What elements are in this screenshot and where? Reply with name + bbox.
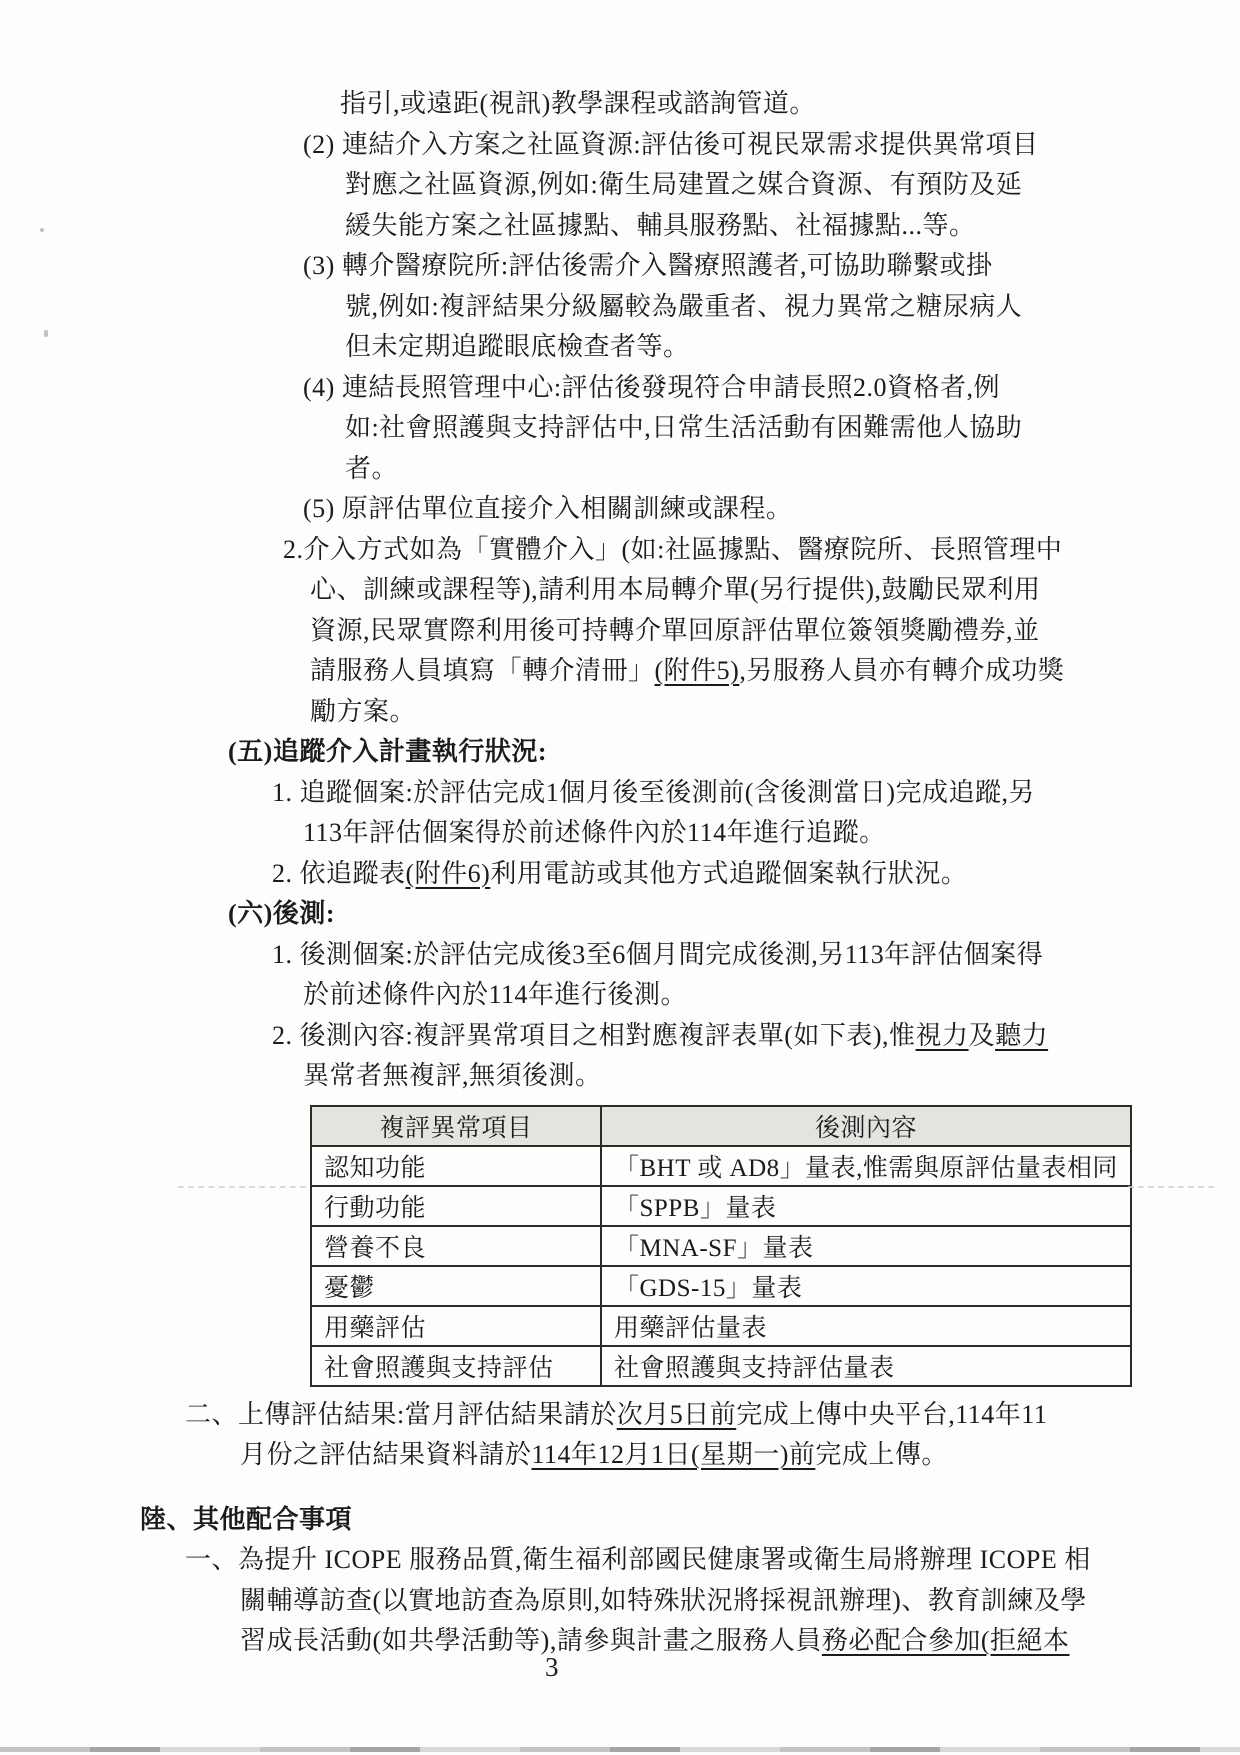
table-row: 憂鬱 「GDS-15」量表 [311, 1266, 1131, 1306]
text-segment: 資源,民眾實際利用後可持轉介單回原評估單位簽領獎勵禮券,並 [310, 616, 1040, 645]
text-segment: 勵方案。 [310, 697, 416, 726]
text-segment: 如:社會照護與支持評估中,日常生活活動有困難需他人協助 [345, 413, 1022, 442]
scan-artifact [178, 1186, 306, 1188]
text-line: 1. 後測個案:於評估完成後3至6個月間完成後測,另113年評估個案得 [272, 935, 1240, 976]
text-line: (3) 轉介醫療院所:評估後需介入醫療照護者,可協助聯繫或掛 [303, 246, 1240, 287]
table-header-row: 複評異常項目 後測內容 [311, 1106, 1131, 1146]
text-line: 勵方案。 [310, 692, 1240, 733]
posttest-content-table: 複評異常項目 後測內容 認知功能 「BHT 或 AD8」量表,惟需與原評估量表相… [310, 1105, 1132, 1387]
text-line: 資源,民眾實際利用後可持轉介單回原評估單位簽領獎勵禮券,並 [310, 611, 1240, 652]
text-segment: 心、訓練或課程等),請利用本局轉介單(另行提供),鼓勵民眾利用 [310, 575, 1040, 604]
text-segment: 二、上傳評估結果:當月評估結果請於 [185, 1400, 617, 1429]
text-segment: (2) 連結介入方案之社區資源:評估後可視民眾需求提供異常項目 [303, 130, 1039, 159]
text-line: 月份之評估結果資料請於114年12月1日(星期一)前完成上傳。 [240, 1435, 1240, 1476]
text-line: 號,例如:複評結果分級屬較為嚴重者、視力異常之糖尿病人 [345, 287, 1240, 328]
text-segment: 2.介入方式如為「實體介入」(如:社區據點、醫療院所、長照管理中 [283, 535, 1062, 564]
text-segment: 利用電訪或其他方式追蹤個案執行狀況。 [490, 859, 967, 888]
text-segment: 2. 依追蹤表 [272, 859, 406, 888]
table-cell: 營養不良 [311, 1226, 601, 1266]
text-line: 緩失能方案之社區據點、輔具服務點、社福據點...等。 [345, 206, 1240, 247]
text-line: 對應之社區資源,例如:衛生局建置之媒合資源、有預防及延 [345, 165, 1240, 206]
table-cell: 社會照護與支持評估量表 [601, 1346, 1131, 1386]
text-line: 2. 依追蹤表(附件6)利用電訪或其他方式追蹤個案執行狀況。 [272, 854, 1240, 895]
table-row: 認知功能 「BHT 或 AD8」量表,惟需與原評估量表相同 [311, 1146, 1131, 1186]
section-heading-6-posttest: (六)後測: [228, 894, 1240, 935]
text-line: (2) 連結介入方案之社區資源:評估後可視民眾需求提供異常項目 [303, 125, 1240, 166]
text-line: 2.介入方式如為「實體介入」(如:社區據點、醫療院所、長照管理中 [283, 530, 1240, 571]
scan-artifact [1128, 1186, 1214, 1188]
table-cell: 「SPPB」量表 [601, 1186, 1131, 1226]
text-line: 1. 追蹤個案:於評估完成1個月後至後測前(含後測當日)完成追蹤,另 [272, 773, 1240, 814]
table-row: 營養不良 「MNA-SF」量表 [311, 1226, 1131, 1266]
text-segment: (六)後測: [228, 899, 335, 928]
text-line: 一、為提升 ICOPE 服務品質,衛生福利部國民健康署或衛生局將辦理 ICOPE… [185, 1540, 1240, 1581]
text-line: 於前述條件內於114年進行後測。 [303, 975, 1240, 1016]
text-line: (4) 連結長照管理中心:評估後發現符合申請長照2.0資格者,例 [303, 368, 1240, 409]
text-segment: 緩失能方案之社區據點、輔具服務點、社福據點...等。 [345, 211, 976, 240]
text-line: 二、上傳評估結果:當月評估結果請於次月5日前完成上傳中央平台,114年11 [185, 1395, 1240, 1436]
table-cell: 用藥評估量表 [601, 1306, 1131, 1346]
underlined-date: 114年12月1日(星期一)前 [532, 1440, 816, 1469]
text-line: (5) 原評估單位直接介入相關訓練或課程。 [303, 489, 1240, 530]
table-cell: 社會照護與支持評估 [311, 1346, 601, 1386]
text-segment: 異常者無複評,無須後測。 [303, 1061, 602, 1090]
page-number: 3 [545, 1652, 559, 1683]
text-segment: 對應之社區資源,例如:衛生局建置之媒合資源、有預防及延 [345, 170, 1022, 199]
text-segment: 者。 [345, 454, 398, 483]
text-segment: 習成長活動(如共學活動等),請參與計畫之服務人員 [240, 1626, 822, 1655]
table-cell: 憂鬱 [311, 1266, 601, 1306]
text-segment: 1. 後測個案:於評估完成後3至6個月間完成後測,另113年評估個案得 [272, 940, 1043, 969]
text-segment: 但未定期追蹤眼底檢查者等。 [345, 332, 690, 361]
table-row: 用藥評估 用藥評估量表 [311, 1306, 1131, 1346]
table-row: 行動功能 「SPPB」量表 [311, 1186, 1131, 1226]
scan-edge-artifact [0, 1747, 1240, 1752]
text-line: 請服務人員填寫「轉介清冊」(附件5),另服務人員亦有轉介成功獎 [310, 651, 1240, 692]
underlined-vision: 視力 [916, 1021, 969, 1050]
attachment-5-reference: (附件5) [655, 656, 740, 685]
text-segment: 陸、其他配合事項 [140, 1505, 352, 1534]
text-segment: (五)追蹤介入計畫執行狀況: [228, 737, 547, 766]
table-cell: 「MNA-SF」量表 [601, 1226, 1131, 1266]
text-line: 習成長活動(如共學活動等),請參與計畫之服務人員務必配合參加(拒絕本 [240, 1621, 1240, 1662]
text-line: 指引,或遠距(視訊)教學課程或諮詢管道。 [340, 84, 1240, 125]
text-segment: 請服務人員填寫「轉介清冊」 [310, 656, 655, 685]
underlined-mandatory-participation: 務必配合參加(拒絕本 [822, 1626, 1070, 1655]
section-heading-other-matters: 陸、其他配合事項 [140, 1500, 1240, 1541]
table-cell: 行動功能 [311, 1186, 601, 1226]
table-cell: 認知功能 [311, 1146, 601, 1186]
underlined-deadline: 次月5日前 [617, 1400, 737, 1429]
document-body: 指引,或遠距(視訊)教學課程或諮詢管道。 (2) 連結介入方案之社區資源:評估後… [0, 84, 1240, 1662]
text-line: 如:社會照護與支持評估中,日常生活活動有困難需他人協助 [345, 408, 1240, 449]
table-cell: 「BHT 或 AD8」量表,惟需與原評估量表相同 [601, 1146, 1131, 1186]
table-cell: 「GDS-15」量表 [601, 1266, 1131, 1306]
text-segment: (4) 連結長照管理中心:評估後發現符合申請長照2.0資格者,例 [303, 373, 1000, 402]
table-header-abnormal-item: 複評異常項目 [311, 1106, 601, 1146]
text-line: 者。 [345, 449, 1240, 490]
text-line: 113年評估個案得於前述條件內於114年進行追蹤。 [303, 813, 1240, 854]
text-line: 異常者無複評,無須後測。 [303, 1056, 1240, 1097]
text-line: 關輔導訪查(以實地訪查為原則,如特殊狀況將採視訊辦理)、教育訓練及學 [240, 1581, 1240, 1622]
text-segment: 2. 後測內容:複評異常項目之相對應複評表單(如下表),惟 [272, 1021, 916, 1050]
table-cell: 用藥評估 [311, 1306, 601, 1346]
text-segment: 完成上傳中央平台,114年11 [736, 1400, 1047, 1429]
text-line: 但未定期追蹤眼底檢查者等。 [345, 327, 1240, 368]
text-line: 心、訓練或課程等),請利用本局轉介單(另行提供),鼓勵民眾利用 [310, 570, 1240, 611]
section-heading-5-tracking: (五)追蹤介入計畫執行狀況: [228, 732, 1240, 773]
scanned-document-page: 指引,或遠距(視訊)教學課程或諮詢管道。 (2) 連結介入方案之社區資源:評估後… [0, 0, 1240, 1755]
text-segment: 關輔導訪查(以實地訪查為原則,如特殊狀況將採視訊辦理)、教育訓練及學 [240, 1586, 1087, 1615]
text-segment: 一、為提升 ICOPE 服務品質,衛生福利部國民健康署或衛生局將辦理 ICOPE… [185, 1545, 1091, 1574]
text-segment: 號,例如:複評結果分級屬較為嚴重者、視力異常之糖尿病人 [345, 292, 1022, 321]
text-segment: 指引,或遠距(視訊)教學課程或諮詢管道。 [340, 89, 816, 118]
text-segment: 於前述條件內於114年進行後測。 [303, 980, 687, 1009]
text-segment: (5) 原評估單位直接介入相關訓練或課程。 [303, 494, 792, 523]
underlined-hearing: 聽力 [995, 1021, 1048, 1050]
text-line: 2. 後測內容:複評異常項目之相對應複評表單(如下表),惟視力及聽力 [272, 1016, 1240, 1057]
table-row: 社會照護與支持評估 社會照護與支持評估量表 [311, 1346, 1131, 1386]
text-segment: 113年評估個案得於前述條件內於114年進行追蹤。 [303, 818, 886, 847]
scan-artifact [40, 228, 44, 232]
attachment-6-reference: (附件6) [406, 859, 491, 888]
text-segment: 1. 追蹤個案:於評估完成1個月後至後測前(含後測當日)完成追蹤,另 [272, 778, 1035, 807]
text-segment: 及 [969, 1021, 996, 1050]
text-segment: ,另服務人員亦有轉介成功獎 [739, 656, 1064, 685]
text-segment: (3) 轉介醫療院所:評估後需介入醫療照護者,可協助聯繫或掛 [303, 251, 993, 280]
scan-artifact [44, 330, 48, 337]
text-segment: 月份之評估結果資料請於 [240, 1440, 532, 1469]
text-segment: 完成上傳。 [815, 1440, 948, 1469]
table-header-posttest-content: 後測內容 [601, 1106, 1131, 1146]
